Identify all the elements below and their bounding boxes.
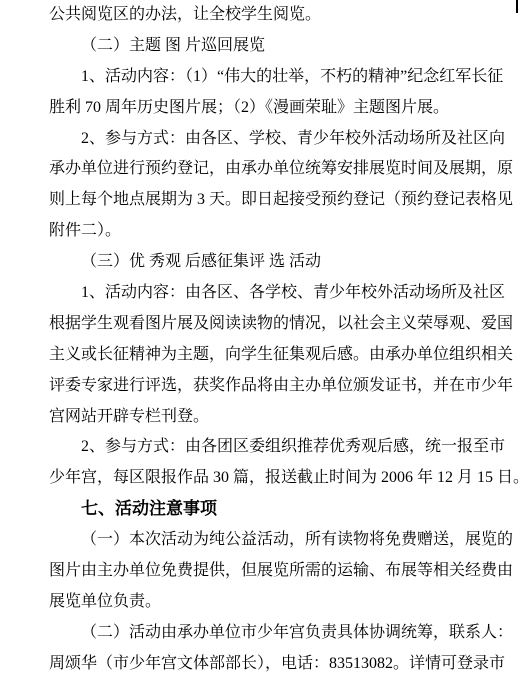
text-line: 少年宫，每区限报作品 30 篇，报送截止时间为 2006 年 12 月 15 日… <box>49 463 496 494</box>
text-line: 承办单位进行预约登记，由承办单位统筹安排展览时间及展期，原 <box>49 154 496 185</box>
text-line: 2、参与方式：由各团区委组织推荐优秀观后感，统一报至市 <box>49 432 496 463</box>
text-line: 主义或长征精神为主题，向学生征集观后感。由承办单位组织相关 <box>49 340 496 371</box>
text-line: 图片由主办单位免费提供，但展览所需的运输、布展等相关经费由 <box>49 556 496 587</box>
text-line: （三）优 秀观 后感征集评 选 活动 <box>49 247 496 278</box>
text-line: 宫网站开辟专栏刊登。 <box>49 402 496 433</box>
text-line: （二）活动由承办单位市少年宫负责具体协调统筹，联系人： <box>49 618 496 649</box>
text-line: （一）本次活动为纯公益活动，所有读物将免费赠送，展览的 <box>49 525 496 556</box>
text-line: 1、活动内容：由各区、各学校、青少年校外活动场所及社区 <box>49 278 496 309</box>
section-heading-line: 七、活动注意事项 <box>49 494 496 525</box>
text-line: 评委专家进行评选，获奖作品将由主办单位颁发证书，并在市少年 <box>49 371 496 402</box>
text-line: 展览单位负责。 <box>49 587 496 618</box>
text-line: 附件二）。 <box>49 216 496 247</box>
text-line: 根据学生观看图片展及阅读读物的情况，以社会主义荣辱观、爱国 <box>49 309 496 340</box>
document-page: 公共阅览区的办法，让全校学生阅览。（二）主题 图 片巡回展览1、活动内容：（1）… <box>0 0 520 680</box>
document-body: 公共阅览区的办法，让全校学生阅览。（二）主题 图 片巡回展览1、活动内容：（1）… <box>49 0 496 680</box>
text-line: 1、活动内容：（1）“伟大的壮举，不朽的精神”纪念红军长征 <box>49 62 496 93</box>
text-line: 则上每个地点展期为 3 天。即日起接受预约登记（预约登记表格见 <box>49 185 496 216</box>
text-line: 胜利 70 周年历史图片展；（2）《漫画荣耻》主题图片展。 <box>49 93 496 124</box>
text-line: 2、参与方式：由各区、学校、青少年校外活动场所及社区向 <box>49 124 496 155</box>
text-line: 周颂华（市少年宫文体部部长），电话：83513082。详情可登录市 <box>49 649 496 680</box>
text-line: 公共阅览区的办法，让全校学生阅览。 <box>49 0 496 31</box>
page-corner-mark <box>516 0 518 13</box>
text-line: （二）主题 图 片巡回展览 <box>49 31 496 62</box>
